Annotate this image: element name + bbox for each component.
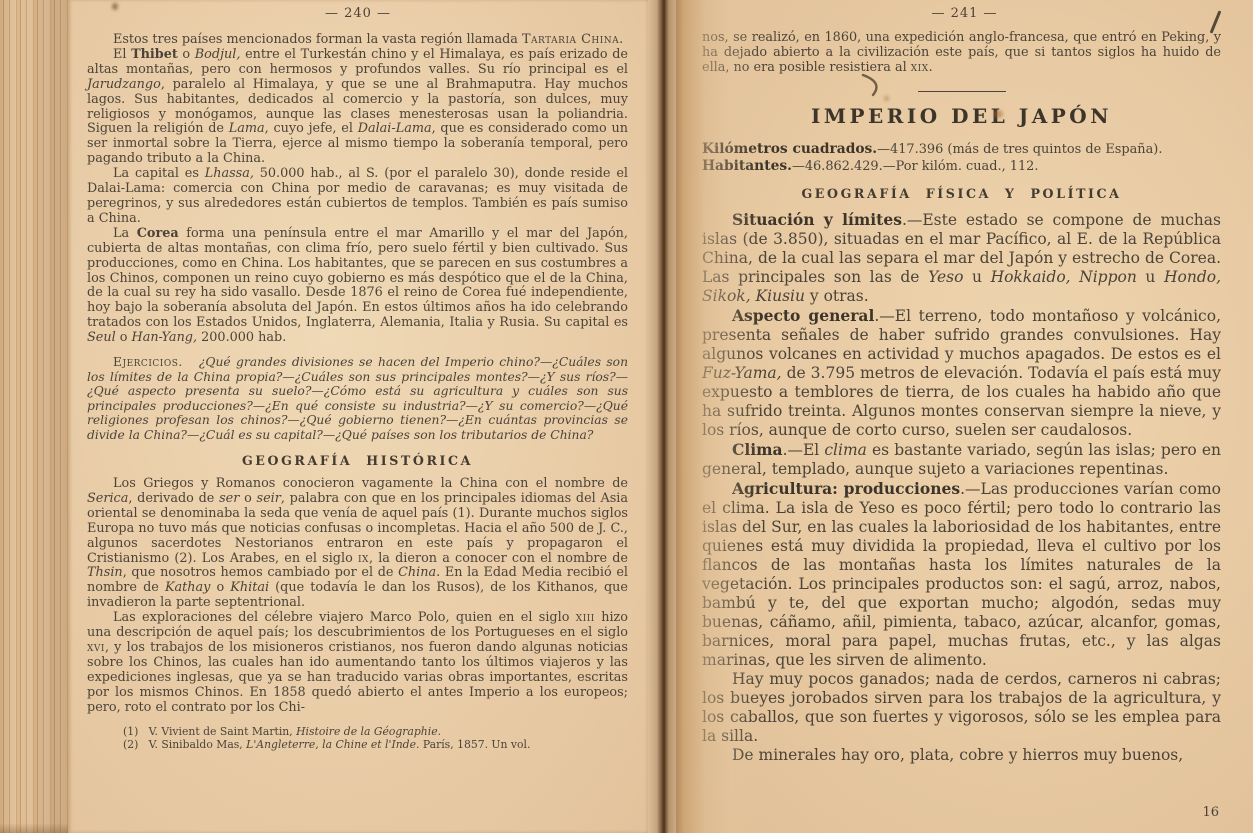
text-run: Bodjul, [195, 47, 241, 62]
text-run: Estos tres países mencionados forman la … [113, 32, 522, 47]
page-number-right: — 241 — [676, 0, 1253, 23]
text-run: Tartaria China [522, 32, 619, 47]
book-spread: — 240 — Estos tres países mencionados fo… [0, 0, 1253, 833]
text-run: , que nosotros hemos cambiado por el de [123, 565, 398, 580]
text-run: o [210, 580, 230, 595]
text-run: , la dieron a conocer con el nombre de [369, 551, 632, 566]
paragraph-marco-polo: Las exploraciones del célebre viajero Ma… [87, 611, 628, 715]
text-run: Corea [137, 226, 179, 241]
section-rule [918, 91, 1006, 92]
text-run: La capital es [113, 166, 205, 181]
text-run: Habitantes. [702, 158, 792, 174]
text-run: . [619, 32, 623, 47]
text-run: Clima [732, 440, 783, 459]
paragraph-ejercicios: Ejercicios. ¿Qué grandes divisiones se h… [87, 355, 628, 442]
text-run: Han-Yang, [132, 330, 198, 345]
text-run: Las exploraciones del célebre viajero Ma… [113, 610, 576, 625]
left-page-text: Estos tres países mencionados forman la … [87, 33, 628, 751]
text-run: .—Las producciones varían como el clima.… [702, 480, 1226, 669]
text-run: Ejercicios. [113, 355, 183, 369]
text-run: El [113, 47, 131, 62]
text-run: .—El [783, 441, 825, 459]
text-run: o [178, 47, 195, 62]
text-run: París, 1857. Un vol. [419, 738, 530, 751]
text-run: . [438, 725, 441, 738]
text-run: Los Griegos y Romanos conocieron vagamen… [113, 476, 632, 491]
text-run: 200.000 hab. [197, 330, 286, 345]
text-run: Lhassa, [205, 166, 254, 181]
text-run: forma una península entre el mar Amarill… [87, 226, 632, 330]
right-page-text: nos, se realizó, en 1860, una expedición… [702, 31, 1221, 765]
text-run: Dalai-Lama [358, 121, 432, 136]
paragraph-thibet: El Thibet o Bodjul, entre el Turkestán c… [87, 48, 628, 167]
text-run: (1) V. Vivient de Saint Martin, [123, 725, 296, 738]
text-run: Hokkaido, Nippon [991, 268, 1137, 286]
page-240: — 240 — Estos tres países mencionados fo… [68, 0, 648, 833]
text-run: GEOGRAFÍA HISTÓRICA [242, 453, 473, 468]
text-run: Fuz-Yama, [702, 364, 782, 382]
ink-swoosh-icon [858, 70, 890, 98]
book-fore-edge [0, 0, 68, 833]
text-run: De minerales hay oro, plata, cobre y hie… [732, 746, 1183, 764]
text-run: Serica [87, 491, 128, 506]
text-run: Jarudzango [87, 77, 161, 92]
text-run: (2) V. Sinibaldo Mas, [123, 738, 246, 751]
text-run: Yeso [928, 268, 963, 286]
text-run: Kathay [165, 580, 210, 595]
text-run: Agricultura: producciones [732, 479, 960, 498]
paragraph-corea: La Corea forma una península entre el ma… [87, 227, 628, 346]
stat-habitantes: Habitantes.—46.862.429.—Por kilóm. cuad.… [702, 158, 1221, 175]
paragraph-peking-continuation: nos, se realizó, en 1860, una expedición… [702, 31, 1221, 76]
paragraph-situacion: Situación y límites.—Este estado se comp… [702, 210, 1221, 306]
text-run: Hay muy pocos ganados; nada de cerdos, c… [702, 670, 1226, 745]
text-run: , derivado de [128, 491, 219, 506]
text-run: Seul [87, 330, 116, 345]
text-run: u [1137, 268, 1164, 286]
signature-number: 16 [1202, 805, 1219, 820]
paragraph-agricultura: Agricultura: producciones.—Las produccio… [702, 479, 1221, 670]
text-run: xiii [576, 610, 595, 625]
text-run: , y los trabajos de los misioneros crist… [87, 640, 632, 715]
heading-geografia-historica: GEOGRAFÍA HISTÓRICA [87, 453, 628, 468]
paragraph-tartaria: Estos tres países mencionados forman la … [87, 33, 628, 48]
heading-geografia-fisica-politica: GEOGRAFÍA FÍSICA Y POLÍTICA [702, 186, 1221, 201]
book-gutter [644, 0, 684, 833]
text-run: China [398, 565, 436, 580]
text-run: Thibet [131, 47, 178, 62]
text-run: xvi [87, 640, 105, 655]
text-run: seir [257, 491, 281, 506]
paragraph-minerales: De minerales hay oro, plata, cobre y hie… [702, 746, 1221, 765]
paragraph-ganados: Hay muy pocos ganados; nada de cerdos, c… [702, 670, 1221, 746]
chapter-title-imperio-del-japon: IMPERIO DEL JAPÓN [702, 104, 1221, 128]
text-run: GEOGRAFÍA FÍSICA Y POLÍTICA [801, 186, 1121, 201]
text-run: IMPERIO DEL JAPÓN [811, 104, 1112, 128]
text-run: Khitai [230, 580, 269, 595]
text-run: o [116, 330, 132, 345]
text-run: Lama [229, 121, 265, 136]
text-run: nos, se realizó, en 1860, una expedición… [702, 30, 1225, 75]
text-run: Situación y límites [732, 210, 902, 229]
text-run: Thsin [87, 565, 123, 580]
text-run: —417.396 (más de tres quintos de España)… [877, 142, 1162, 157]
text-run: ser [219, 491, 239, 506]
text-run: La [113, 226, 137, 241]
paragraph-griegos: Los Griegos y Romanos conocieron vagamen… [87, 477, 628, 611]
page-number-left: — 240 — [68, 0, 648, 23]
text-run: Kilómetros cuadrados. [702, 141, 877, 157]
text-run: Histoire de la Géographie [296, 725, 437, 738]
text-run: —46.862.429.—Por kilóm. cuad., 112. [792, 159, 1039, 174]
footnote-2: (2) V. Sinibaldo Mas, L'Angleterre, la C… [123, 738, 628, 751]
text-run: clima [824, 441, 867, 459]
paragraph-lhassa: La capital es Lhassa, 50.000 hab., al S.… [87, 167, 628, 227]
paragraph-clima: Clima.—El clima es bastante variado, seg… [702, 440, 1221, 479]
text-run: , cuyo jefe, el [265, 121, 358, 136]
text-run: Aspecto general [732, 306, 874, 325]
footnote-1: (1) V. Vivient de Saint Martin, Histoire… [123, 725, 628, 738]
page-241: — 241 — nos, se realizó, en 1860, una ex… [676, 0, 1253, 833]
text-run: o [239, 491, 256, 506]
paragraph-aspecto-general: Aspecto general.—El terreno, todo montañ… [702, 306, 1221, 440]
text-run: L'Angleterre, la Chine et l'Inde. [246, 738, 419, 751]
text-run: y otras. [805, 287, 869, 305]
text-run: . [929, 60, 933, 75]
stat-kilometros: Kilómetros cuadrados.—417.396 (más de tr… [702, 141, 1221, 158]
text-run: u [963, 268, 990, 286]
text-run: ix [358, 551, 369, 566]
text-run: xix [911, 60, 929, 75]
